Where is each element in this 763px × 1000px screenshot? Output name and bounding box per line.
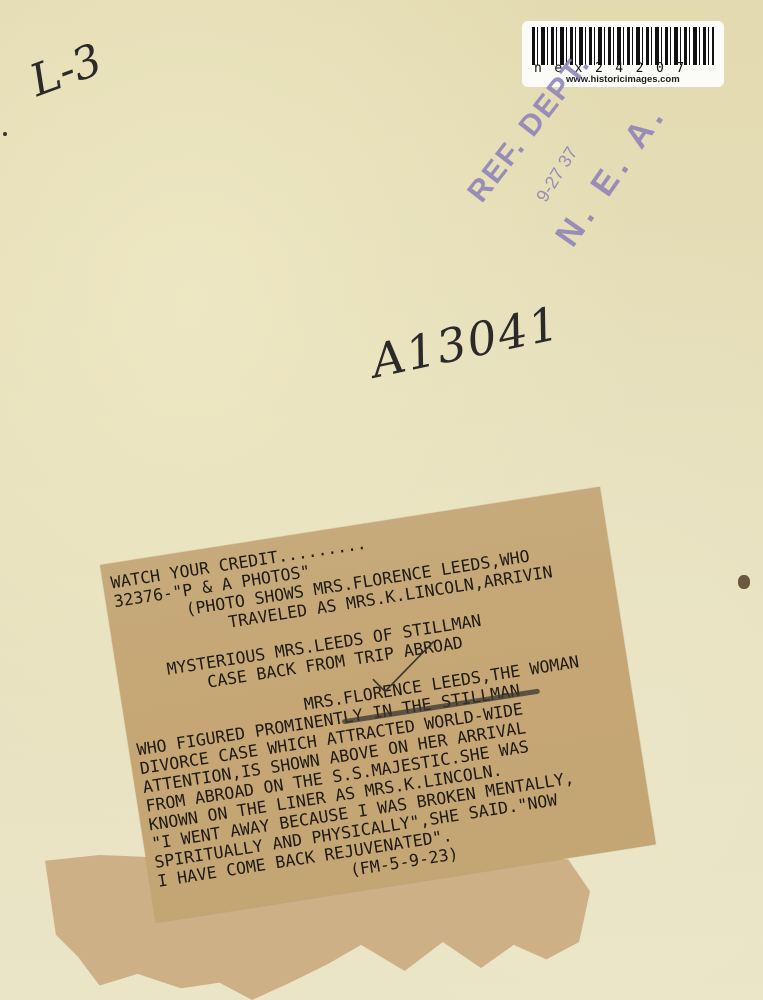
caption-clipping: WATCH YOUR CREDIT......... 32376-"P & A … <box>100 487 656 923</box>
barcode-icon <box>532 27 714 65</box>
ink-dot <box>3 132 7 136</box>
ink-speck <box>738 575 750 589</box>
